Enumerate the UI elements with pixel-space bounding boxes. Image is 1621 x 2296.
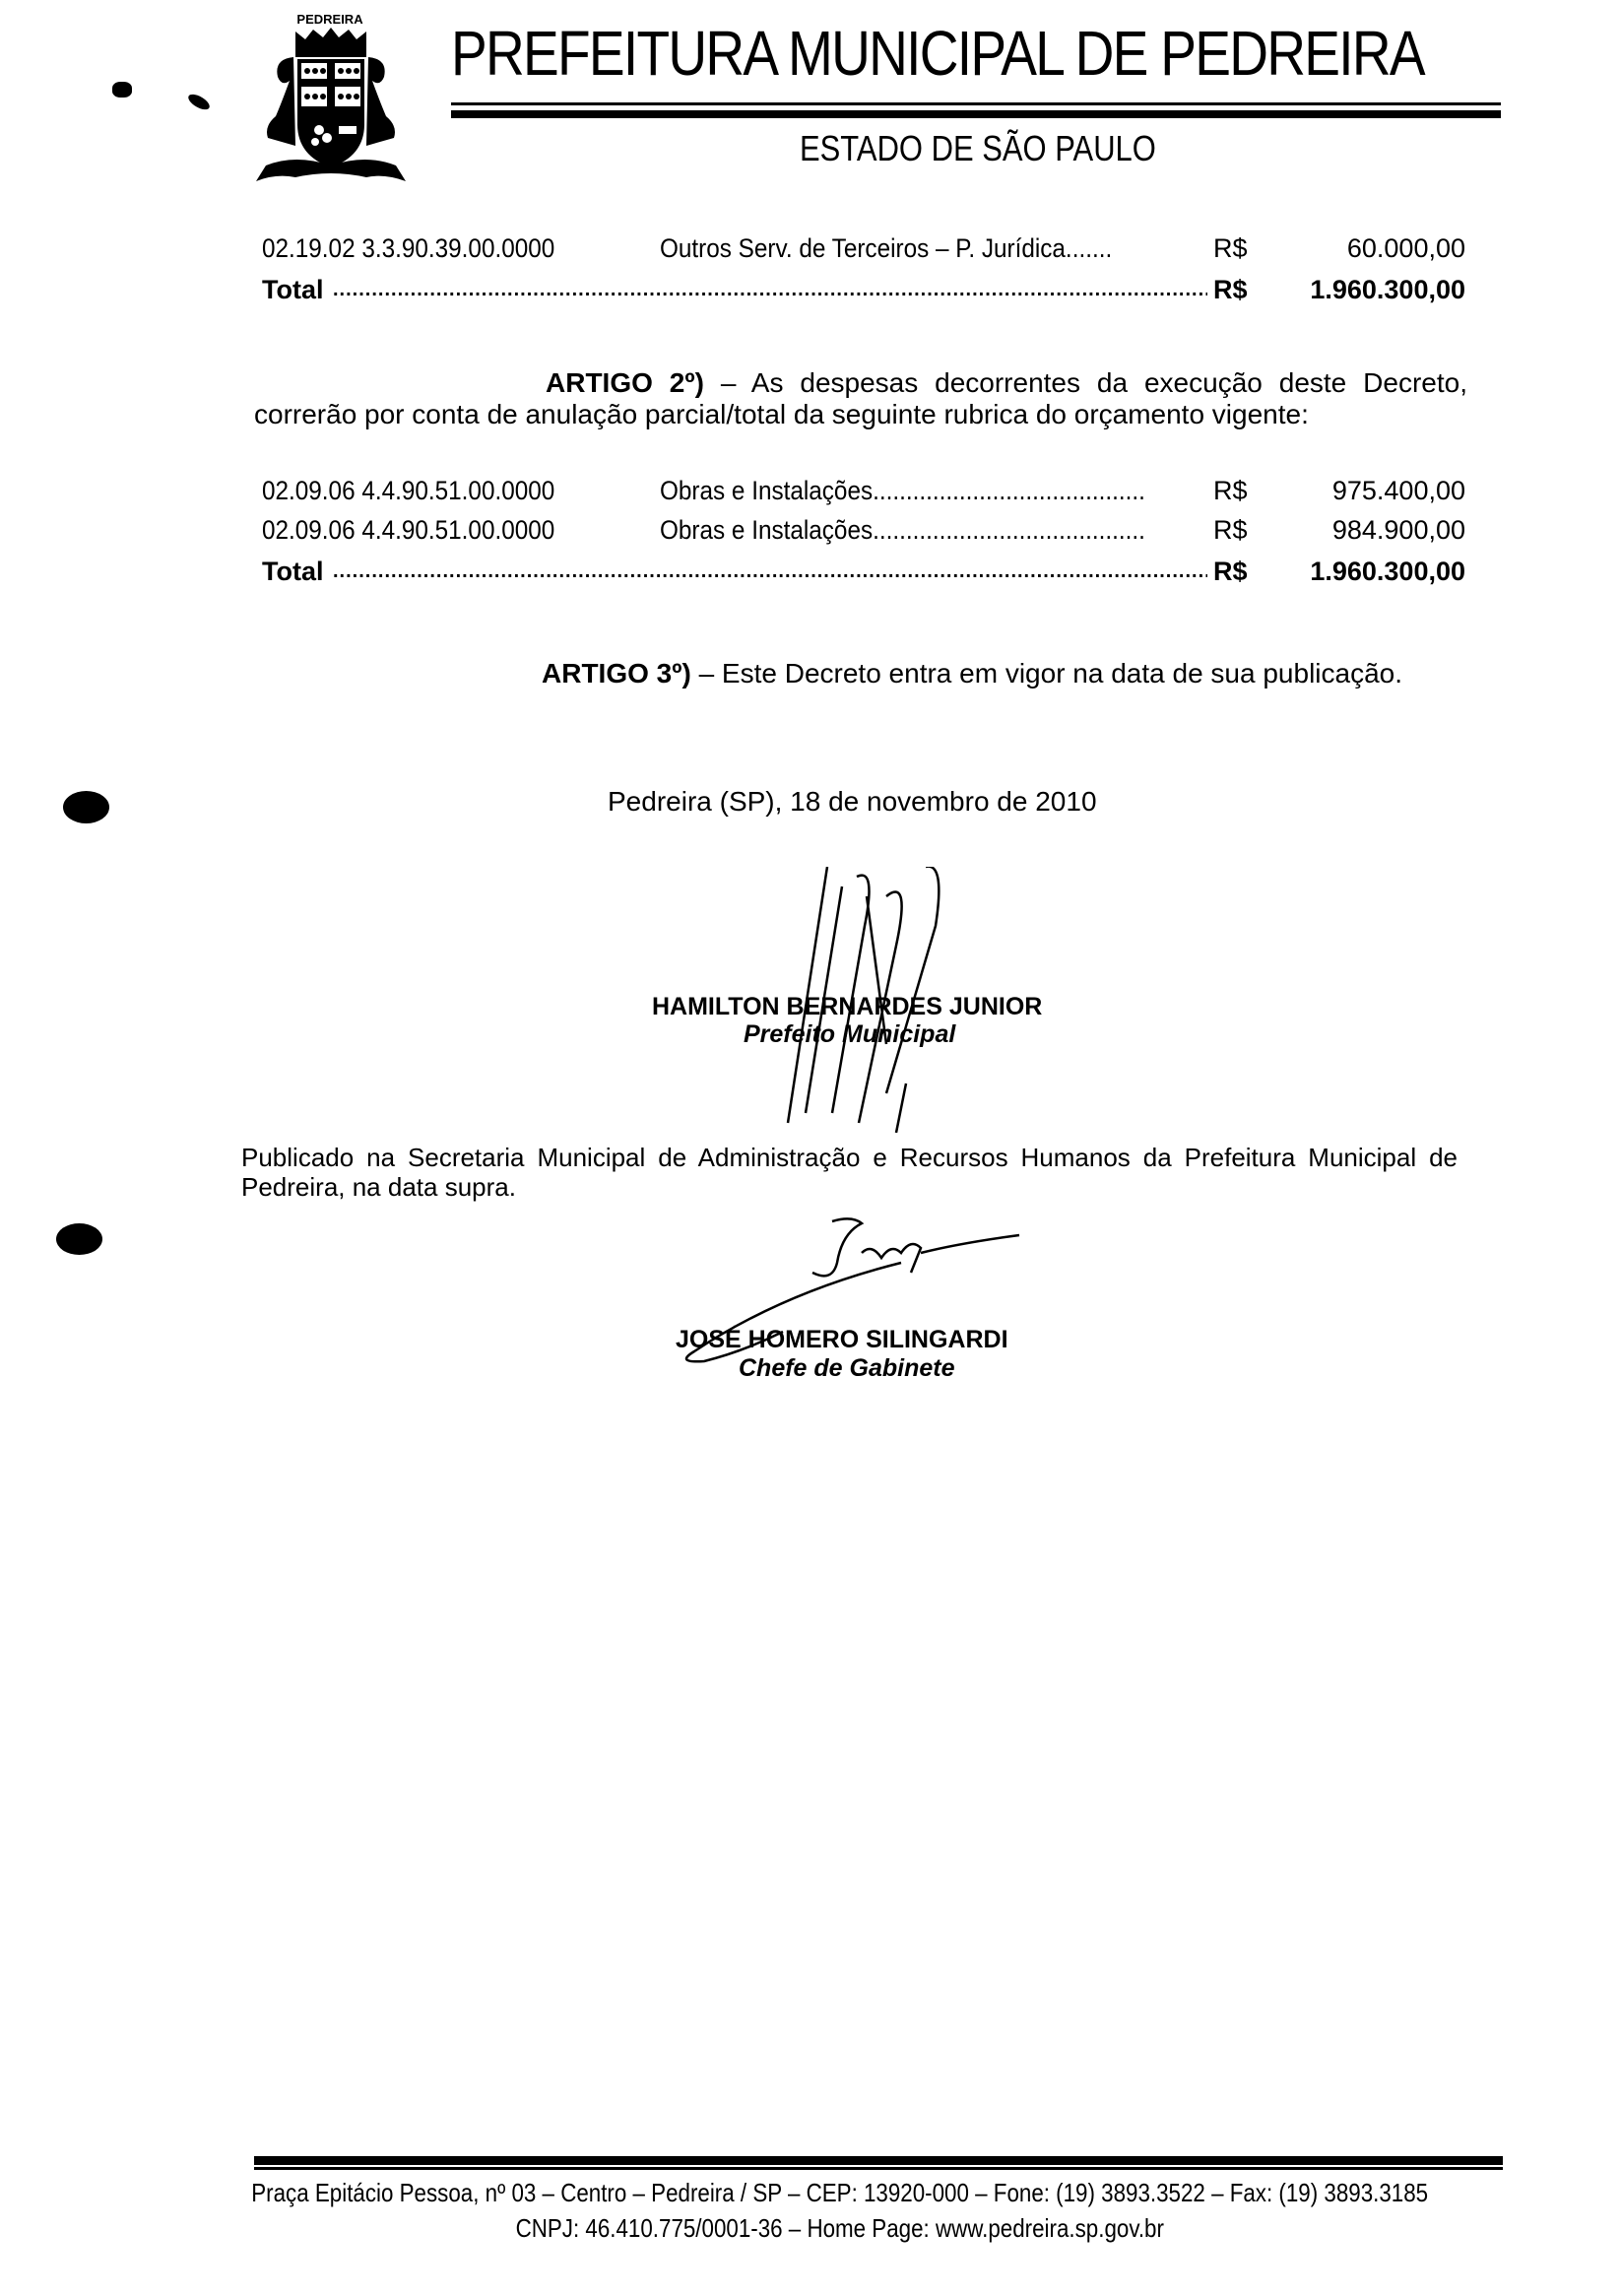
page-title: PREFEITURA MUNICIPAL DE PEDREIRA: [451, 22, 1424, 85]
currency: R$: [1213, 556, 1248, 587]
budget-code: 02.09.06 4.4.90.51.00.0000: [262, 514, 554, 546]
currency: R$: [1213, 274, 1248, 305]
article-3: ARTIGO 3º) – Este Decreto entra em vigor…: [542, 658, 1402, 689]
currency: R$: [1213, 475, 1248, 506]
coat-of-arms-icon: PEDREIRA: [246, 8, 414, 183]
page-subtitle: ESTADO DE SÃO PAULO: [800, 131, 1156, 166]
article-2: ARTIGO 2º) – As despesas decorrentes da …: [254, 367, 1467, 430]
footer-address-text: Praça Epitácio Pessoa, nº 03 – Centro – …: [252, 2178, 1429, 2208]
total-label: Total: [262, 274, 324, 305]
total-label: Total: [262, 556, 324, 587]
amount: 975.400,00: [1332, 475, 1465, 506]
footer-cnpj-text: CNPJ: 46.410.775/0001-36 – Home Page: ww…: [516, 2213, 1164, 2244]
header-divider-thick: [451, 110, 1501, 118]
budget-description: Obras e Instalações.....................…: [660, 514, 1145, 546]
table-total-row: Total ..................................…: [254, 274, 1465, 305]
footer-divider: [254, 2167, 1503, 2170]
budget-description: Obras e Instalações.....................…: [660, 475, 1145, 506]
footer-address: Praça Epitácio Pessoa, nº 03 – Centro – …: [0, 2178, 1621, 2208]
dot-leader: ........................................…: [333, 556, 1207, 587]
scan-speck-icon: [112, 82, 132, 98]
total-amount: 1.960.300,00: [1310, 556, 1465, 587]
crest-label: PEDREIRA: [296, 12, 363, 27]
currency: R$: [1213, 514, 1248, 546]
budget-code: 02.19.02 3.3.90.39.00.0000: [262, 232, 554, 264]
budget-code: 02.09.06 4.4.90.51.00.0000: [262, 475, 554, 506]
table-row: 02.09.06 4.4.90.51.00.0000 Obras e Insta…: [254, 514, 1465, 546]
footer-cnpj: CNPJ: 46.410.775/0001-36 – Home Page: ww…: [0, 2213, 1621, 2244]
article-3-text: – Este Decreto entra em vigor na data de…: [691, 658, 1402, 689]
punch-hole-icon: [63, 791, 109, 823]
article-3-heading: ARTIGO 3º): [542, 658, 691, 689]
amount: 984.900,00: [1332, 514, 1465, 546]
total-amount: 1.960.300,00: [1310, 274, 1465, 305]
budget-description: Outros Serv. de Terceiros – P. Jurídica.…: [660, 232, 1112, 264]
article-2-text: – As despesas decorrentes da execução de…: [254, 367, 1467, 429]
place-date: Pedreira (SP), 18 de novembro de 2010: [608, 786, 1097, 818]
table-row: 02.09.06 4.4.90.51.00.0000 Obras e Insta…: [254, 475, 1465, 506]
chief-of-staff-role: Chefe de Gabinete: [739, 1354, 955, 1383]
mayor-name: HAMILTON BERNARDES JUNIOR: [652, 993, 1042, 1021]
currency: R$: [1213, 232, 1248, 264]
amount: 60.000,00: [1347, 232, 1465, 264]
publication-note: Publicado na Secretaria Municipal de Adm…: [241, 1143, 1458, 1202]
article-2-heading: ARTIGO 2º): [546, 367, 704, 398]
footer-divider-thick: [254, 2156, 1503, 2165]
table-row: 02.19.02 3.3.90.39.00.0000 Outros Serv. …: [254, 232, 1465, 264]
punch-hole-icon: [56, 1223, 102, 1255]
scan-speck-icon: [186, 92, 212, 113]
header-divider: [451, 102, 1501, 105]
dot-leader: ........................................…: [333, 274, 1207, 305]
chief-of-staff-name: JOSÉ HOMERO SILINGARDI: [676, 1326, 1008, 1354]
table-total-row: Total ..................................…: [254, 556, 1465, 587]
mayor-role: Prefeito Municipal: [744, 1020, 955, 1049]
